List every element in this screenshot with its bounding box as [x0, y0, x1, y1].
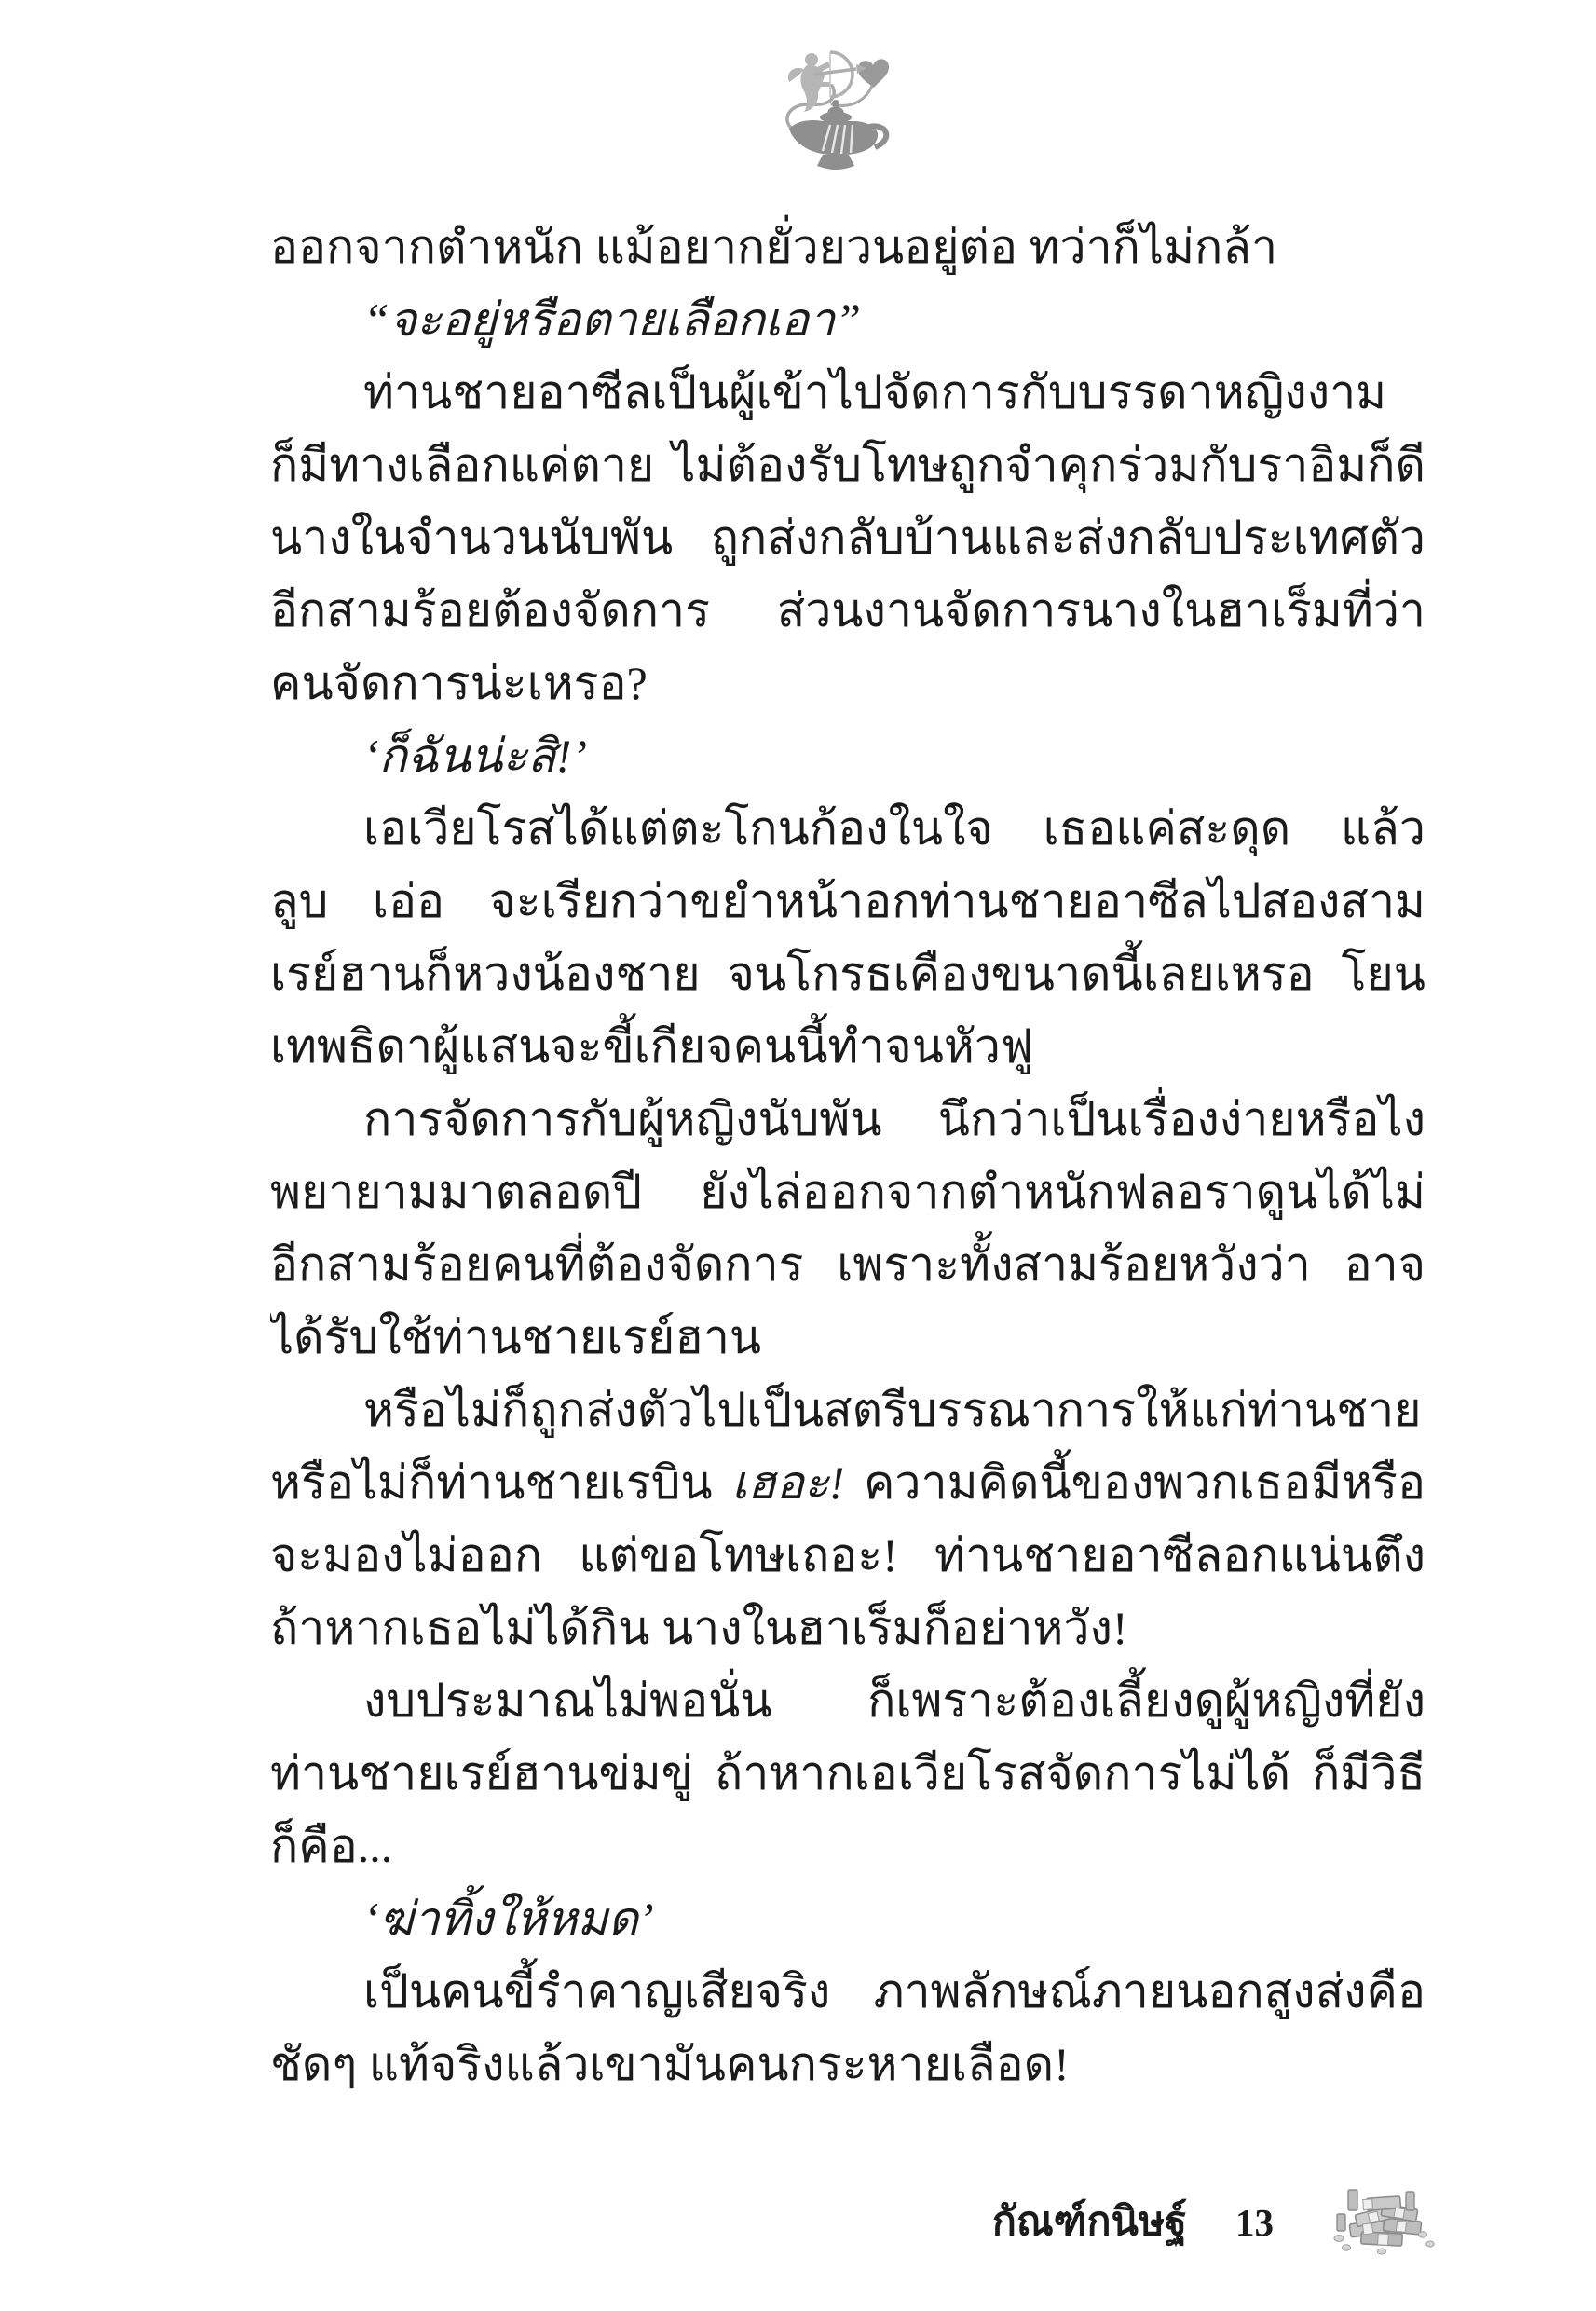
text-line: หรือไม่ก็ท่านชายเรบิน เฮอะ! ความคิดนี้ขอ… [270, 1446, 1425, 1519]
text-line: อีกสามร้อยต้องจัดการ ส่วนงานจัดการนางในฮ… [270, 574, 1425, 647]
text-line: เรย์ฮานก็หวงน้องชาย จนโกรธเคืองขนาดนี้เล… [270, 937, 1425, 1010]
text-line: ชัดๆ แท้จริงแล้วเขามันคนกระหายเลือด! [270, 2028, 1425, 2100]
text-line: หรือไม่ก็ถูกส่งตัวไปเป็นสตรีบรรณาการให้แ… [270, 1374, 1425, 1446]
text-line: นางในจำนวนนับพัน ถูกส่งกลับบ้านและส่งกลั… [270, 501, 1425, 574]
text-line: เป็นคนขี้รำคาญเสียจริง ภาพลักษณ์ภายนอกสู… [270, 1955, 1425, 2028]
text-line: ออกจากตำหนัก แม้อยากยั่วยวนอยู่ต่อ ทว่าก… [270, 211, 1425, 283]
text-line: คนจัดการน่ะเหรอ? [270, 647, 1425, 719]
text-line: พยายามมาตลอดปี ยังไล่ออกจากตำหนักฟลอราดู… [270, 1155, 1425, 1228]
text-line: เอเวียโรสได้แต่ตะโกนก้องในใจ เธอแค่สะดุด… [270, 792, 1425, 865]
text-line: ท่านชายเรย์ฮานข่มขู่ ถ้าหากเอเวียโรสจัดก… [270, 1737, 1425, 1810]
text-line: การจัดการกับผู้หญิงนับพัน นึกว่าเป็นเรื่… [270, 1083, 1425, 1155]
text-line: อีกสามร้อยคนที่ต้องจัดการ เพราะทั้งสามร้… [270, 1228, 1425, 1301]
text-line: ลูบ เอ่อ จะเรียกว่าขยำหน้าอกท่านชายอาซีล… [270, 865, 1425, 937]
text-line: ท่านชายอาซีลเป็นผู้เข้าไปจัดการกับบรรดาห… [270, 356, 1425, 429]
cupid-heart-genie-lamp-ornament [776, 45, 901, 175]
text-line: ถ้าหากเธอไม่ได้กิน นางในฮาเร็มก็อย่าหวัง… [270, 1592, 1425, 1664]
text-line: ก็คือ... [270, 1810, 1425, 1882]
text-line: ‘ก็ฉันน่ะสิ!’ [270, 719, 1425, 792]
money-pile-icon [1328, 2186, 1439, 2259]
text-line: ก็มีทางเลือกแค่ตาย ไม่ต้องรับโทษถูกจำคุก… [270, 429, 1425, 501]
text-line: ได้รับใช้ท่านชายเรย์ฮาน [270, 1301, 1425, 1374]
page-number: 13 [1235, 2181, 1274, 2264]
text-line: เทพธิดาผู้แสนจะขี้เกียจคนนี้ทำจนหัวฟู [270, 1010, 1425, 1083]
running-title: กัณฑ์กนิษฐ์ [992, 2181, 1187, 2264]
book-page: ออกจากตำหนัก แม้อยากยั่วยวนอยู่ต่อ ทว่าก… [0, 0, 1596, 2311]
page-footer: กัณฑ์กนิษฐ์ 13 [992, 2181, 1439, 2264]
text-line: จะมองไม่ออก แต่ขอโทษเถอะ! ท่านชายอาซีลอก… [270, 1519, 1425, 1592]
text-line: งบประมาณไม่พอนั่น ก็เพราะต้องเลี้ยงดูผู้… [270, 1664, 1425, 1737]
text-line: “จะอยู่หรือตายเลือกเอา” [270, 283, 1425, 356]
text-line: ‘ฆ่าทิ้งให้หมด’ [270, 1882, 1425, 1955]
body-text: ออกจากตำหนัก แม้อยากยั่วยวนอยู่ต่อ ทว่าก… [270, 211, 1425, 2100]
